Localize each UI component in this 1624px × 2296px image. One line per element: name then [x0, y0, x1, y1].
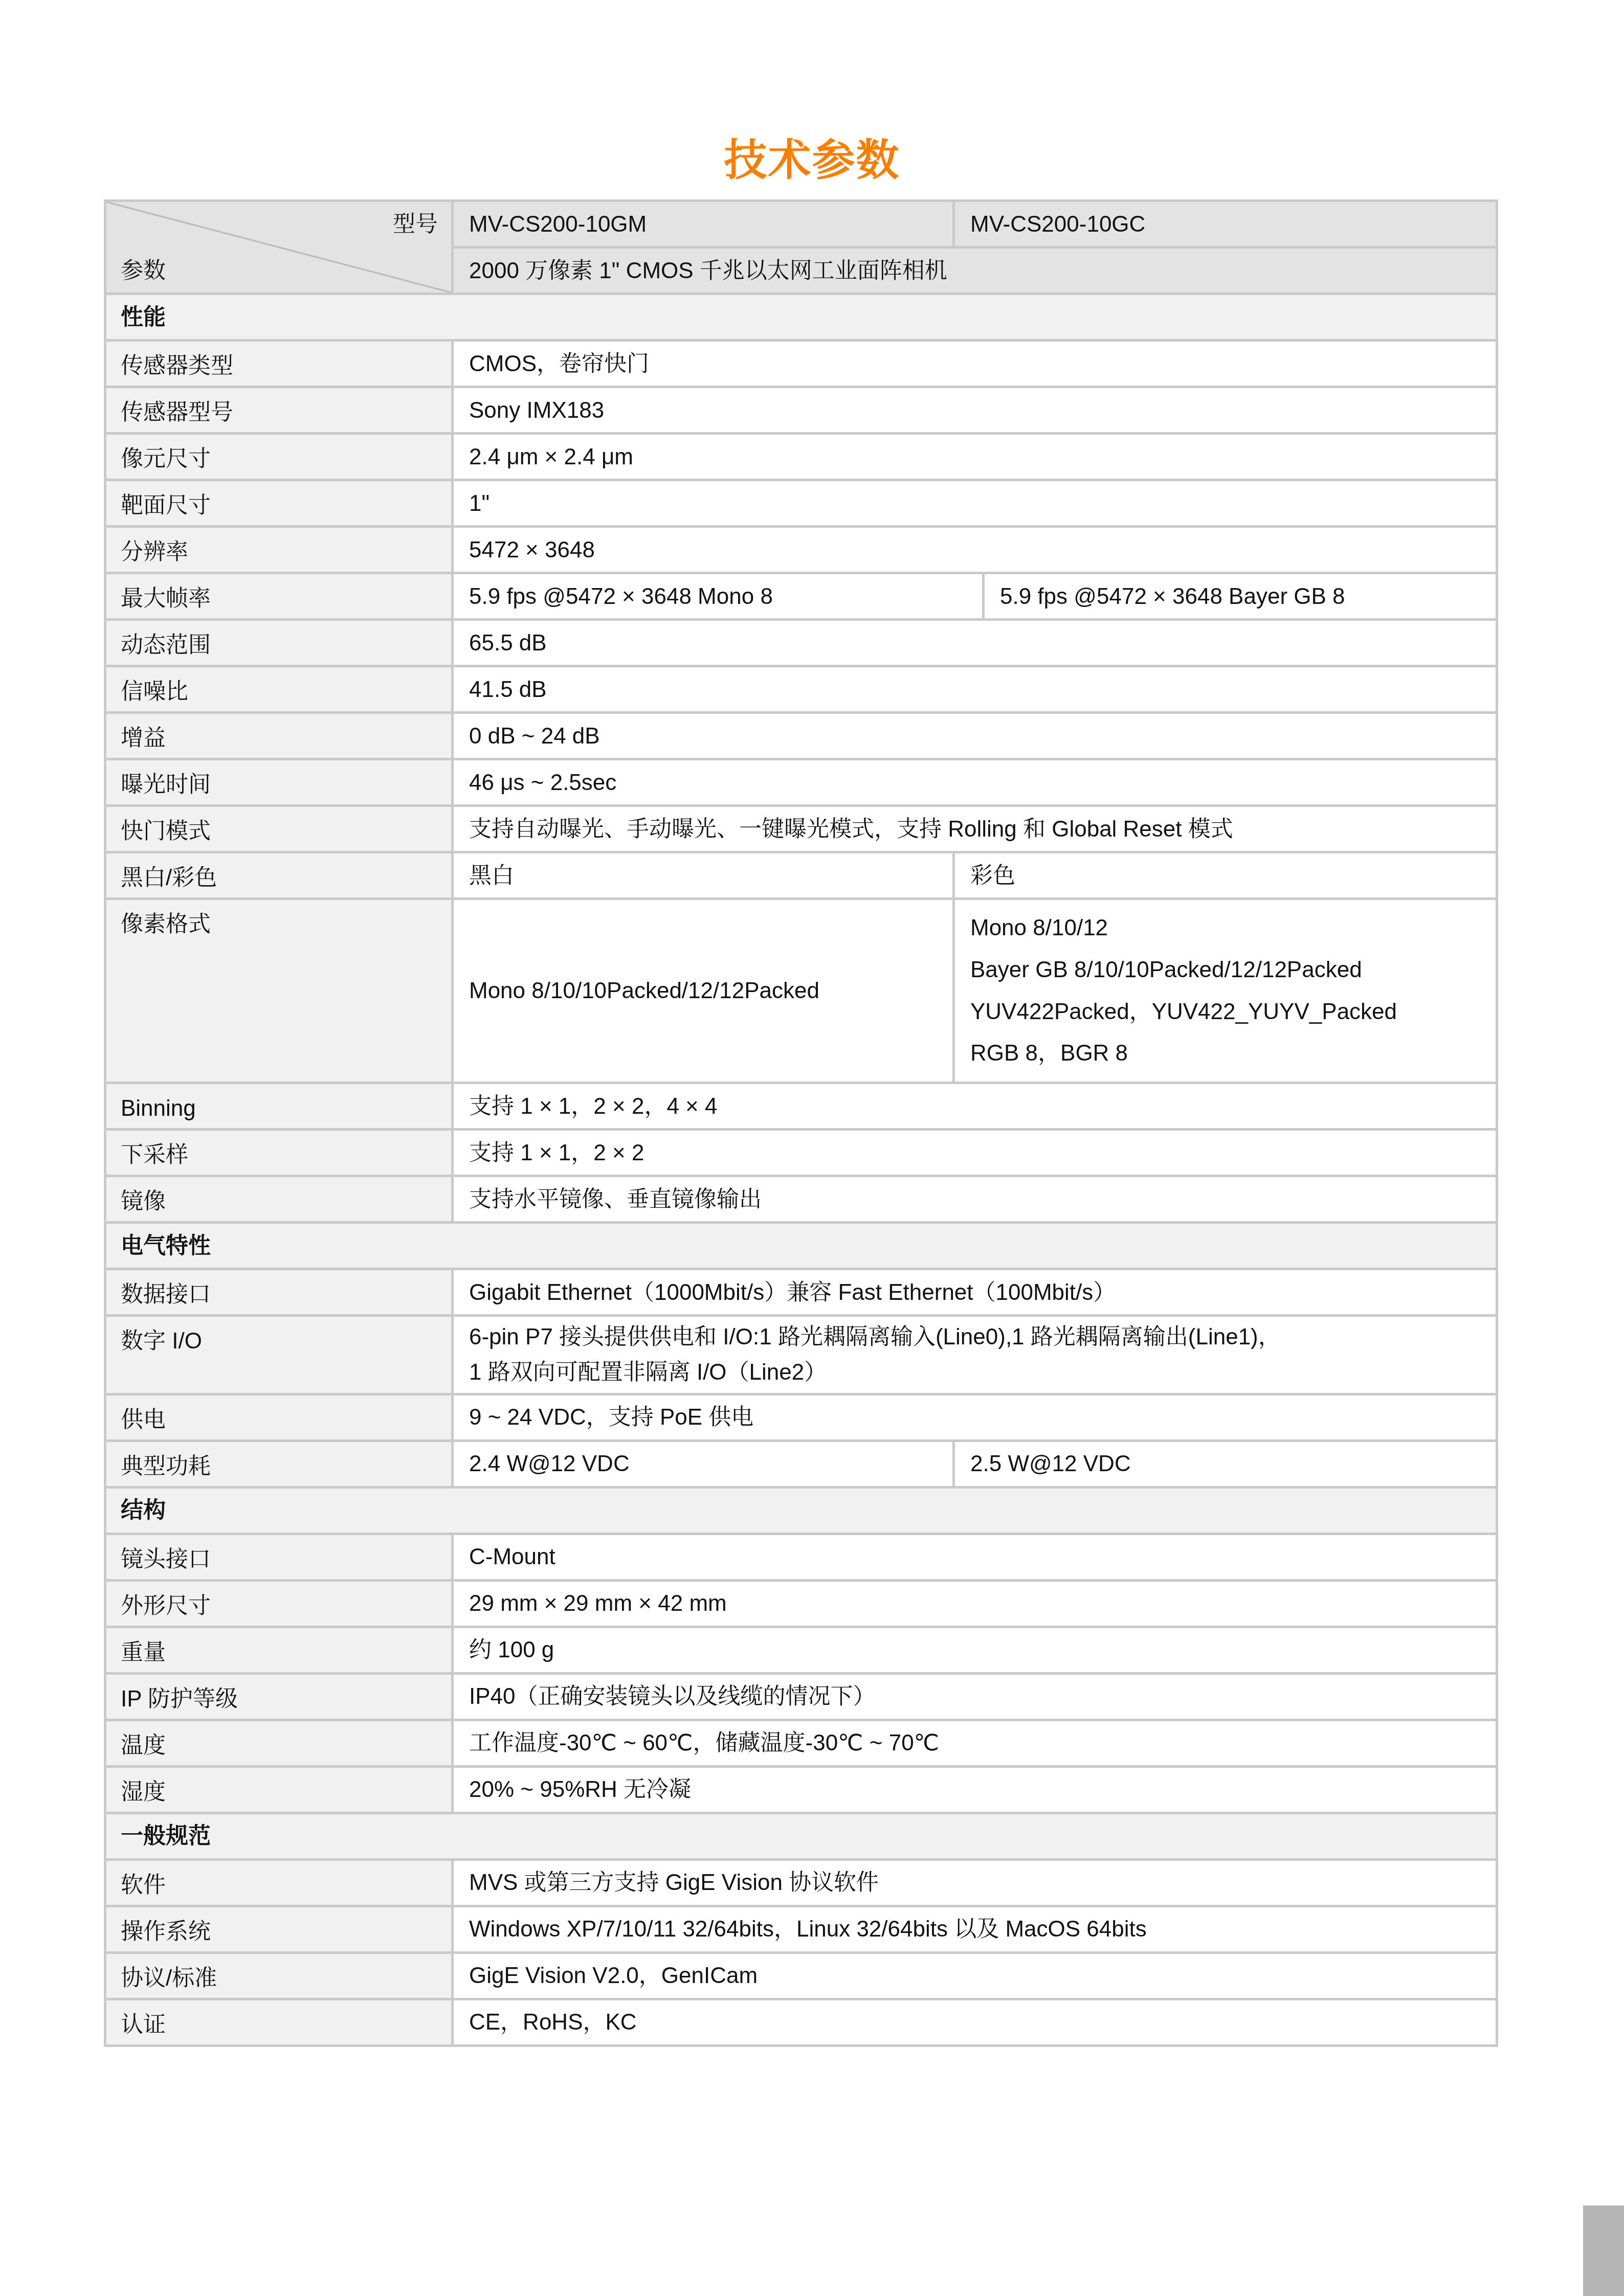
- page-title: 技术参数: [0, 126, 1624, 188]
- row-value-gm: 2.4 W@12 VDC: [454, 1442, 952, 1486]
- row-value: 41.5 dB: [454, 667, 1496, 711]
- row-value: 支持 1 × 1，2 × 2，4 × 4: [454, 1084, 1496, 1128]
- row-value: Sony IMX183: [454, 388, 1496, 432]
- row-label: 数字 I/O: [106, 1317, 451, 1392]
- table-row: 最大帧率 5.9 fps @5472 × 3648 Mono 8 5.9 fps…: [106, 574, 1496, 618]
- row-value: 2.4 μm × 2.4 μm: [454, 435, 1496, 479]
- row-value: 65.5 dB: [454, 621, 1496, 665]
- row-label: 下采样: [106, 1131, 451, 1175]
- row-label: 镜像: [106, 1177, 451, 1221]
- row-label: 像素格式: [106, 900, 451, 1082]
- table-row: 分辨率5472 × 3648: [106, 528, 1496, 572]
- row-label: 湿度: [106, 1768, 451, 1812]
- row-label: 黑白/彩色: [106, 853, 451, 897]
- section-header: 一般规范: [106, 1814, 1496, 1858]
- row-value: 工作温度-30℃ ~ 60℃，储藏温度-30℃ ~ 70℃: [454, 1721, 1496, 1765]
- row-label: 典型功耗: [106, 1442, 451, 1486]
- table-row: 重量约 100 g: [106, 1628, 1496, 1672]
- row-value: 支持自动曝光、手动曝光、一键曝光模式，支持 Rolling 和 Global R…: [454, 807, 1496, 851]
- table-row: 认证CE，RoHS，KC: [106, 2000, 1496, 2044]
- row-value-gc: 2.5 W@12 VDC: [955, 1442, 1496, 1486]
- row-value-gc: 5.9 fps @5472 × 3648 Bayer GB 8: [985, 574, 1496, 618]
- row-value: C-Mount: [454, 1535, 1496, 1579]
- header-row-models: 型号 参数 MV-CS200-10GM MV-CS200-10GC: [106, 202, 1496, 246]
- table-row: Binning支持 1 × 1，2 × 2，4 × 4: [106, 1084, 1496, 1128]
- row-value: GigE Vision V2.0，GenICam: [454, 1954, 1496, 1998]
- row-label: 最大帧率: [106, 574, 451, 618]
- row-label: 增益: [106, 714, 451, 758]
- row-value: Gigabit Ethernet（1000Mbit/s）兼容 Fast Ethe…: [454, 1270, 1496, 1314]
- row-label: 曝光时间: [106, 760, 451, 804]
- table-row: 靶面尺寸1": [106, 481, 1496, 525]
- row-label: 传感器类型: [106, 342, 451, 386]
- model-name-gm: MV-CS200-10GM: [454, 202, 952, 246]
- section-row: 一般规范: [106, 1814, 1496, 1858]
- row-value: 20% ~ 95%RH 无冷凝: [454, 1768, 1496, 1812]
- table-row: 软件MVS 或第三方支持 GigE Vision 协议软件: [106, 1861, 1496, 1905]
- row-value: IP40（正确安装镜头以及线缆的情况下）: [454, 1675, 1496, 1719]
- row-value: 1": [454, 481, 1496, 525]
- row-value: 约 100 g: [454, 1628, 1496, 1672]
- table-row: 动态范围65.5 dB: [106, 621, 1496, 665]
- row-label: 认证: [106, 2000, 451, 2044]
- row-label: 靶面尺寸: [106, 481, 451, 525]
- row-value-gm: Mono 8/10/10Packed/12/12Packed: [454, 900, 952, 1082]
- row-label: 分辨率: [106, 528, 451, 572]
- row-label: 供电: [106, 1395, 451, 1439]
- spec-table: 型号 参数 MV-CS200-10GM MV-CS200-10GC 2000 万…: [104, 199, 1498, 2047]
- row-value: 支持水平镜像、垂直镜像输出: [454, 1177, 1496, 1221]
- section-header: 电气特性: [106, 1224, 1496, 1268]
- section-header: 结构: [106, 1489, 1496, 1533]
- table-row: 镜头接口C-Mount: [106, 1535, 1496, 1579]
- row-label: 协议/标准: [106, 1954, 451, 1998]
- table-row: 传感器型号Sony IMX183: [106, 388, 1496, 432]
- row-label: 像元尺寸: [106, 435, 451, 479]
- row-label: 操作系统: [106, 1907, 451, 1951]
- row-value-gm: 黑白: [454, 853, 952, 897]
- table-row: 黑白/彩色 黑白 彩色: [106, 853, 1496, 897]
- table-row: 湿度20% ~ 95%RH 无冷凝: [106, 1768, 1496, 1812]
- param-axis-label: 参数: [121, 249, 166, 292]
- table-row: 传感器类型CMOS，卷帘快门: [106, 342, 1496, 386]
- row-label: 重量: [106, 1628, 451, 1672]
- row-value: CMOS，卷帘快门: [454, 342, 1496, 386]
- bottom-right-gray-block: [1583, 2205, 1624, 2296]
- row-label: 数据接口: [106, 1270, 451, 1314]
- section-header: 性能: [106, 295, 1496, 339]
- table-row: 数据接口Gigabit Ethernet（1000Mbit/s）兼容 Fast …: [106, 1270, 1496, 1314]
- corner-cell: 型号 参数: [106, 202, 451, 292]
- table-row: 下采样支持 1 × 1，2 × 2: [106, 1131, 1496, 1175]
- table-row: 快门模式支持自动曝光、手动曝光、一键曝光模式，支持 Rolling 和 Glob…: [106, 807, 1496, 851]
- row-value: 支持 1 × 1，2 × 2: [454, 1131, 1496, 1175]
- table-row: 增益0 dB ~ 24 dB: [106, 714, 1496, 758]
- model-axis-label: 型号: [393, 202, 438, 246]
- row-value: CE，RoHS，KC: [454, 2000, 1496, 2044]
- table-row: IP 防护等级IP40（正确安装镜头以及线缆的情况下）: [106, 1675, 1496, 1719]
- row-label: IP 防护等级: [106, 1675, 451, 1719]
- row-value: Windows XP/7/10/11 32/64bits，Linux 32/64…: [454, 1907, 1496, 1951]
- row-label: 动态范围: [106, 621, 451, 665]
- row-label: 镜头接口: [106, 1535, 451, 1579]
- row-value-gm: 5.9 fps @5472 × 3648 Mono 8: [454, 574, 982, 618]
- table-row: 供电9 ~ 24 VDC，支持 PoE 供电: [106, 1395, 1496, 1439]
- row-value-gc: Mono 8/10/12 Bayer GB 8/10/10Packed/12/1…: [955, 900, 1496, 1082]
- row-value: 29 mm × 29 mm × 42 mm: [454, 1582, 1496, 1626]
- table-row: 曝光时间46 μs ~ 2.5sec: [106, 760, 1496, 804]
- table-row: 镜像支持水平镜像、垂直镜像输出: [106, 1177, 1496, 1221]
- row-label: 温度: [106, 1721, 451, 1765]
- row-label: Binning: [106, 1084, 451, 1128]
- table-row: 操作系统Windows XP/7/10/11 32/64bits，Linux 3…: [106, 1907, 1496, 1951]
- row-value: MVS 或第三方支持 GigE Vision 协议软件: [454, 1861, 1496, 1905]
- table-row: 像素格式 Mono 8/10/10Packed/12/12Packed Mono…: [106, 900, 1496, 1082]
- table-row: 典型功耗 2.4 W@12 VDC 2.5 W@12 VDC: [106, 1442, 1496, 1486]
- table-row: 外形尺寸29 mm × 29 mm × 42 mm: [106, 1582, 1496, 1626]
- row-label: 传感器型号: [106, 388, 451, 432]
- row-value: 5472 × 3648: [454, 528, 1496, 572]
- section-row: 电气特性: [106, 1224, 1496, 1268]
- section-row: 结构: [106, 1489, 1496, 1533]
- row-value: 0 dB ~ 24 dB: [454, 714, 1496, 758]
- table-row: 温度工作温度-30℃ ~ 60℃，储藏温度-30℃ ~ 70℃: [106, 1721, 1496, 1765]
- table-row: 像元尺寸2.4 μm × 2.4 μm: [106, 435, 1496, 479]
- table-row: 信噪比41.5 dB: [106, 667, 1496, 711]
- table-row: 协议/标准GigE Vision V2.0，GenICam: [106, 1954, 1496, 1998]
- camera-description: 2000 万像素 1" CMOS 千兆以太网工业面阵相机: [454, 249, 1496, 292]
- table-row: 数字 I/O6-pin P7 接头提供供电和 I/O:1 路光耦隔离输入(Lin…: [106, 1317, 1496, 1392]
- model-name-gc: MV-CS200-10GC: [955, 202, 1496, 246]
- row-value: 46 μs ~ 2.5sec: [454, 760, 1496, 804]
- row-label: 软件: [106, 1861, 451, 1905]
- row-label: 信噪比: [106, 667, 451, 711]
- row-label: 外形尺寸: [106, 1582, 451, 1626]
- row-value: 9 ~ 24 VDC，支持 PoE 供电: [454, 1395, 1496, 1439]
- row-label: 快门模式: [106, 807, 451, 851]
- row-value-gc: 彩色: [955, 853, 1496, 897]
- section-row: 性能: [106, 295, 1496, 339]
- row-value: 6-pin P7 接头提供供电和 I/O:1 路光耦隔离输入(Line0),1 …: [454, 1317, 1496, 1392]
